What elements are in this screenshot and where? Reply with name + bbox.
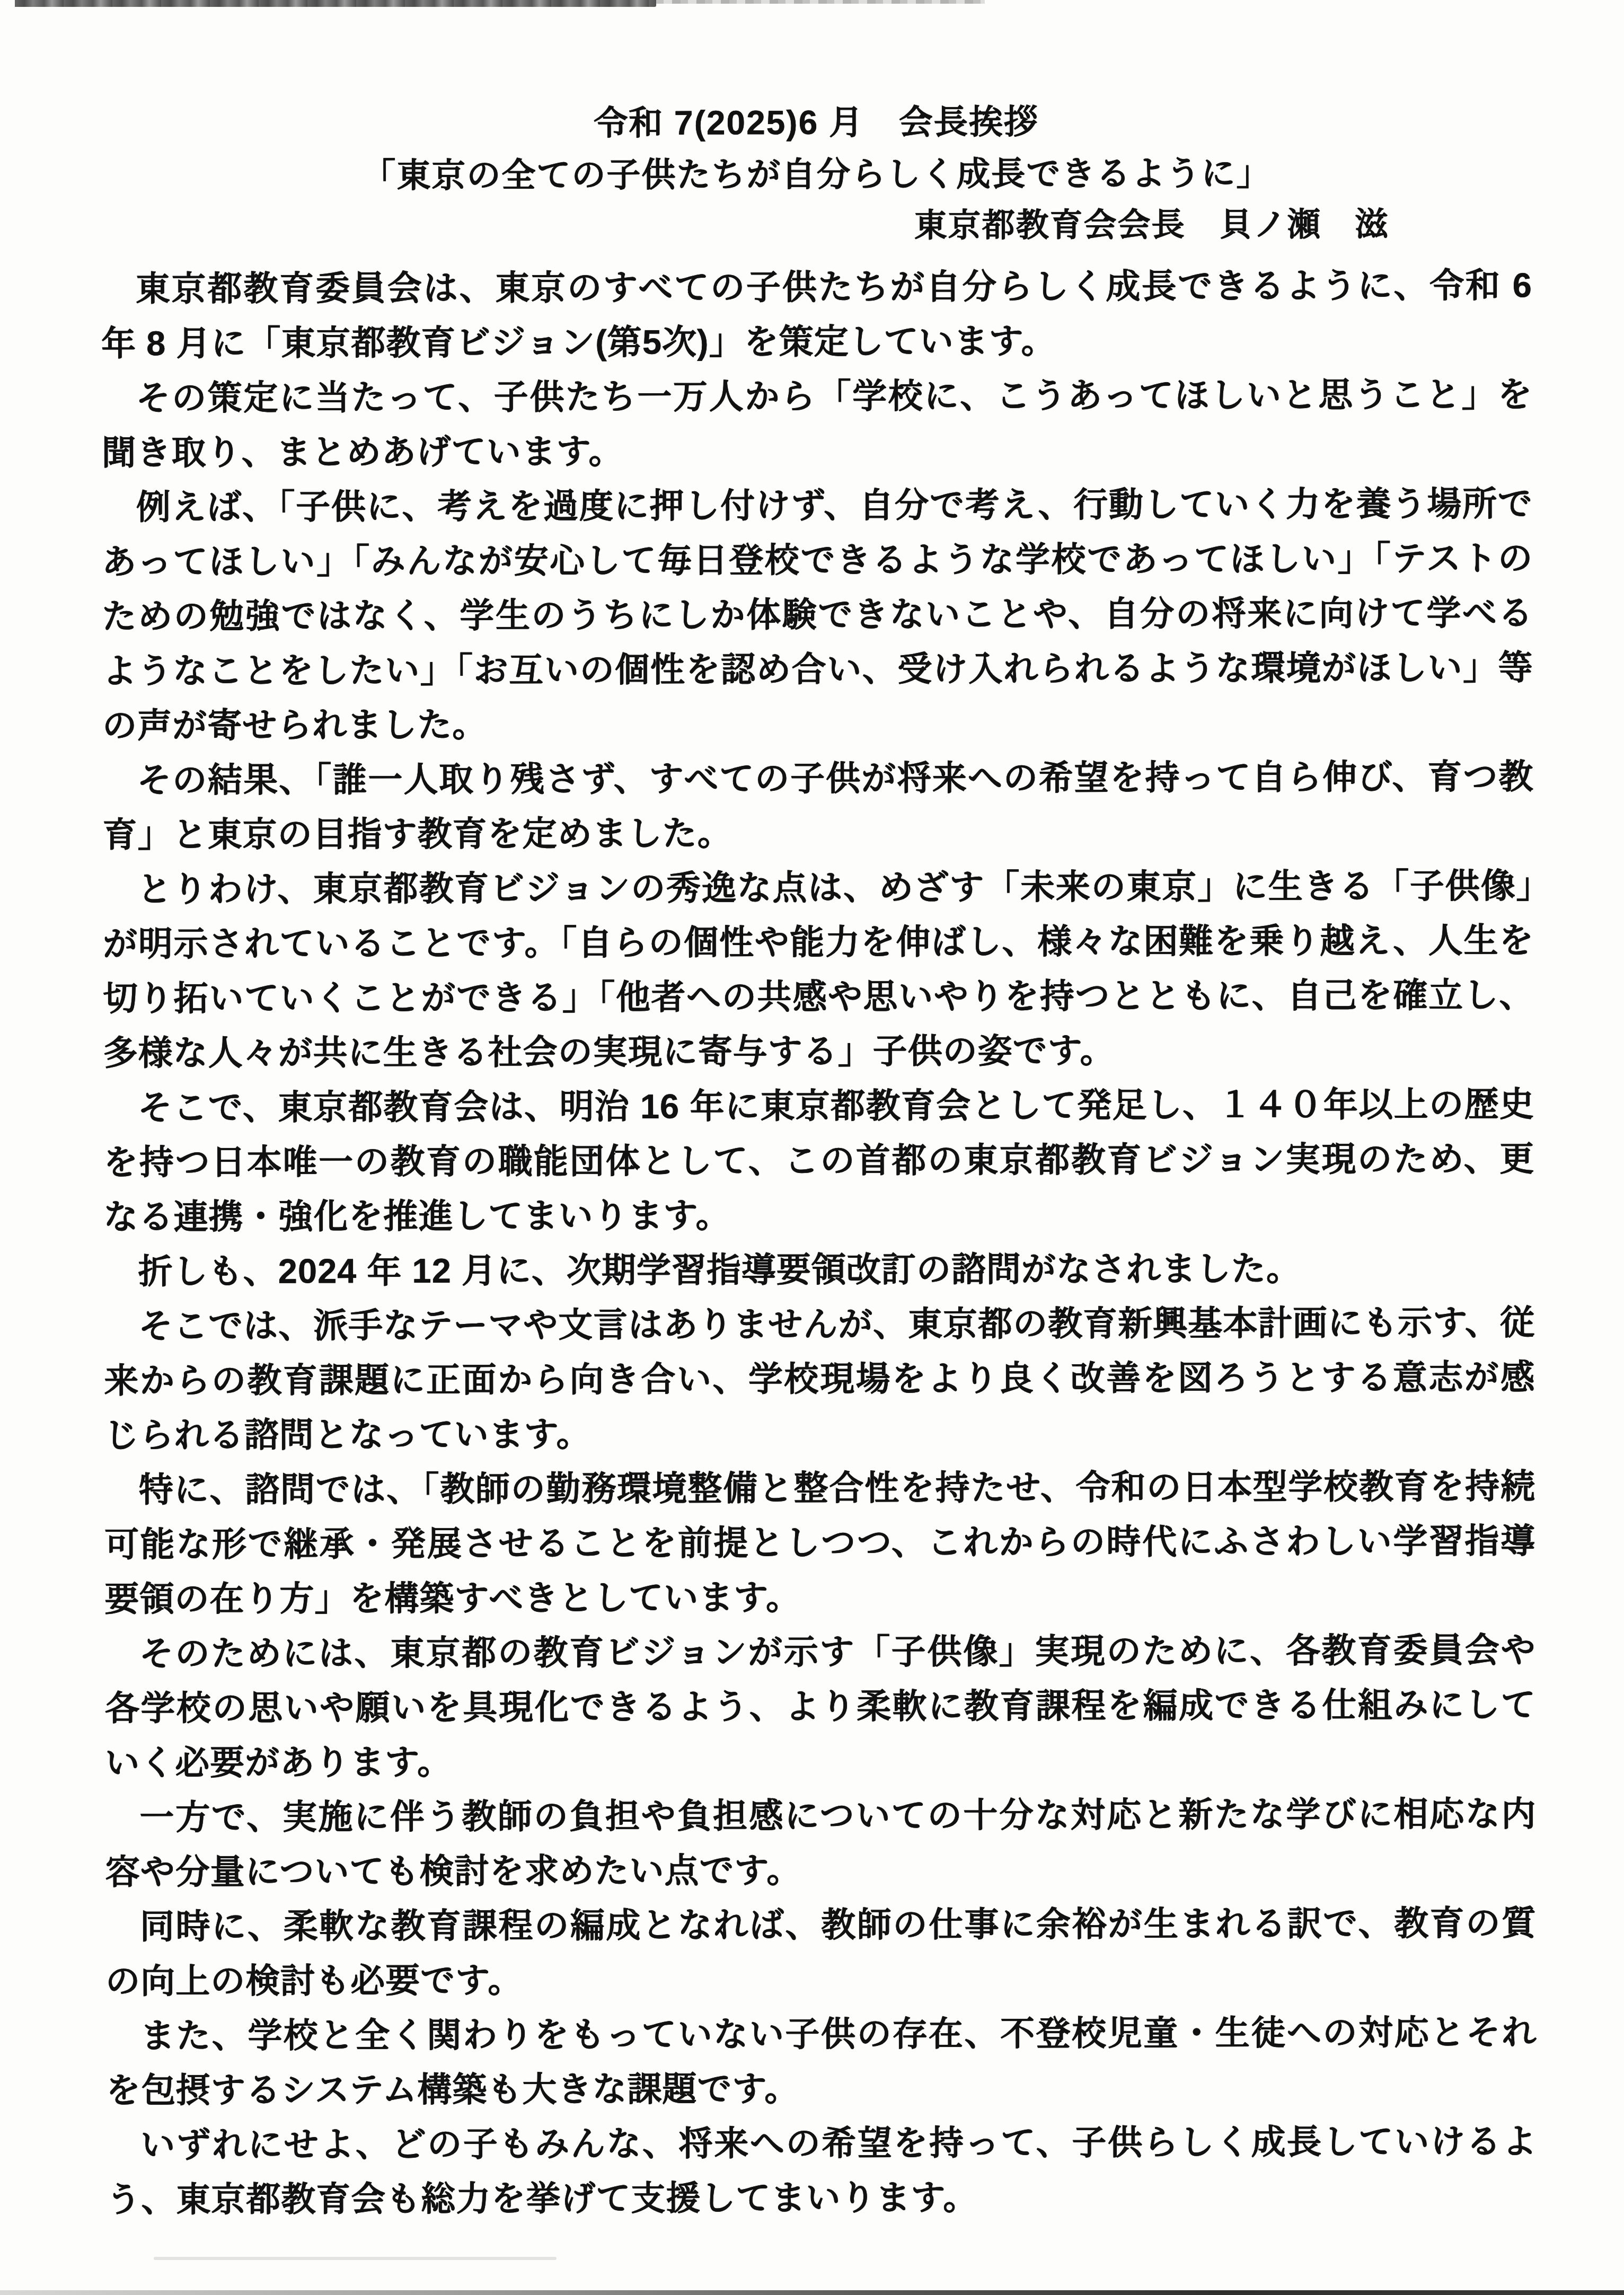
document-title: 令和 7(2025)6 月 会長挨拶 [101,94,1532,150]
paragraph: そのためには、東京都の教育ビジョンが示す「子供像」実現のために、各教育委員会や各… [105,1622,1537,1790]
paragraph: そこで、東京都教育会は、明治 16 年に東京都教育会として発足し、１４０年以上の… [103,1076,1535,1244]
scan-artifact-smudge [154,2257,557,2260]
document-content: 令和 7(2025)6 月 会長挨拶 「東京の全ての子供たちが自分らしく成長でき… [101,94,1538,2227]
author-line: 東京都教育会会長 貝ノ瀬 滋 [101,198,1532,254]
scan-artifact-top-edge [15,0,656,7]
paragraph: とりわけ、東京都教育ビジョンの秀逸な点は、めざす「未来の東京」に生きる「子供像」… [103,858,1534,1080]
paragraph: 例えば、「子供に、考えを過度に押し付けず、自分で考え、行動していく力を養う場所で… [102,476,1533,753]
document-subtitle: 「東京の全ての子供たちが自分らしく成長できるように」 [101,146,1532,202]
paragraph: また、学校と全く関わりをもっていない子供の存在、不登校児童・生徒への対応とそれを… [105,2005,1537,2117]
paragraph: その結果、「誰一人取り残さず、すべての子供が将来への希望を持って自ら伸び、育つ教… [102,749,1534,862]
paragraph: 同時に、柔軟な教育課程の編成となれば、教師の仕事に余裕が生まれる訳で、教育の質の… [105,1895,1537,2008]
scan-artifact-bottom-edge [0,2290,1624,2295]
letter-body: 東京都教育委員会は、東京のすべての子供たちが自分らしく成長できるように、令和 6… [101,258,1538,2227]
paragraph: いずれにせよ、どの子もみんな、将来への希望を持って、子供らしく成長していけるよう… [106,2114,1538,2227]
scan-artifact-top-right-edge [656,0,985,4]
paragraph: 特に、諮問では、「教師の勤務環境整備と整合性を持たせ、令和の日本型学校教育を持続… [104,1459,1536,1626]
paragraph: 折しも、2024 年 12 月に、次期学習指導要領改訂の諮問がなされました。 [104,1240,1535,1299]
paragraph: その策定に当たって、子供たち一万人から「学校に、こうあってほしいと思うこと」を聞… [101,367,1533,480]
paragraph: 一方で、実施に伴う教師の負担や負担感についての十分な対応と新たな学びに相応な内容… [105,1786,1537,1899]
scanned-document-page: { "meta": { "ink_color": "#111111", "pap… [0,0,1624,2295]
paragraph: 東京都教育委員会は、東京のすべての子供たちが自分らしく成長できるように、令和 6… [101,258,1533,370]
paragraph: そこでは、派手なテーマや文言はありませんが、東京都の教育新興基本計画にも示す、従… [104,1295,1535,1462]
